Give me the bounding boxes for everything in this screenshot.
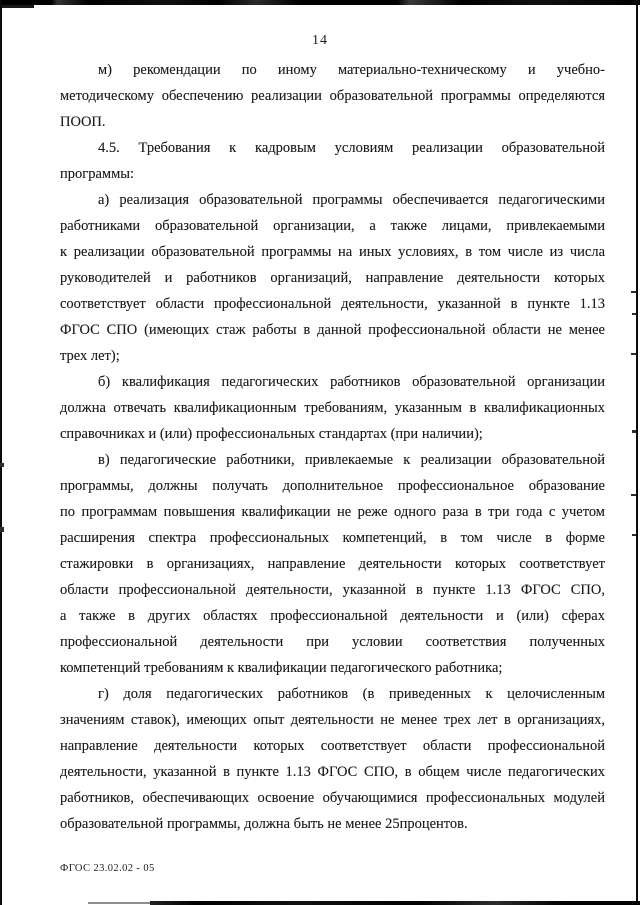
scan-edge-bottom — [150, 901, 640, 905]
scan-artifact — [631, 494, 636, 496]
text-line: стажировки в организациях, направление д… — [60, 551, 605, 577]
text-line: образовательной программы, должна быть н… — [60, 811, 605, 837]
scan-artifact — [631, 353, 636, 355]
text-line: б) квалификация педагогических работнико… — [60, 369, 605, 395]
text-line: программы, должны получать дополнительно… — [60, 473, 605, 499]
scan-artifact — [0, 527, 4, 532]
text-line: работниками образовательной организации,… — [60, 213, 605, 239]
text-body: м) рекомендации по иному материально-тех… — [60, 57, 605, 837]
text-line: ПООП. — [60, 109, 605, 135]
footer-document-code: ФГОС 23.02.02 - 05 — [60, 863, 155, 874]
text-line: соответствует области профессиональной д… — [60, 291, 605, 317]
text-line: по программам повышения квалификации не … — [60, 499, 605, 525]
text-line: 4.5. Требования к кадровым условиям реал… — [60, 135, 605, 161]
scan-edge-right — [636, 0, 638, 905]
text-line: справочниках и (или) профессиональных ст… — [60, 421, 605, 447]
text-line: компетенций требованиям к квалификации п… — [60, 655, 605, 681]
scan-artifact — [0, 5, 34, 8]
text-line: значениям ставок), имеющих опыт деятельн… — [60, 707, 605, 733]
text-line: г) доля педагогических работников (в при… — [60, 681, 605, 707]
scan-artifact — [632, 313, 636, 315]
scan-artifact — [0, 463, 4, 467]
page-number: 14 — [0, 33, 640, 49]
scan-artifact — [88, 902, 150, 904]
scan-edge-left — [0, 0, 2, 905]
text-line: расширения спектра профессиональных комп… — [60, 525, 605, 551]
scan-artifact — [631, 291, 636, 293]
text-line: области профессиональной деятельности, у… — [60, 577, 605, 603]
text-line: деятельности, указанной в пункте 1.13 ФГ… — [60, 759, 605, 785]
text-line: методическому обеспечению реализации обр… — [60, 83, 605, 109]
scan-artifact — [632, 430, 636, 433]
text-line: ФГОС СПО (имеющих стаж работы в данной п… — [60, 317, 605, 343]
text-line: направление деятельности которых соответ… — [60, 733, 605, 759]
text-line: программы: — [60, 161, 605, 187]
text-line: руководителей и работников организаций, … — [60, 265, 605, 291]
text-line: должна отвечать квалификационным требова… — [60, 395, 605, 421]
text-line: а также в других областях профессиональн… — [60, 603, 605, 629]
text-line: а) реализация образовательной программы … — [60, 187, 605, 213]
text-line: трех лет); — [60, 343, 605, 369]
scan-artifact — [632, 534, 636, 536]
text-line: в) педагогические работники, привлекаемы… — [60, 447, 605, 473]
document-page: 14 м) рекомендации по иному материально-… — [0, 0, 640, 905]
text-line: профессиональной деятельности при услови… — [60, 629, 605, 655]
text-line: работников, обеспечивающих освоение обуч… — [60, 785, 605, 811]
text-line: м) рекомендации по иному материально-тех… — [60, 57, 605, 83]
scan-edge-top — [0, 0, 640, 5]
text-line: к реализации образовательной программы н… — [60, 239, 605, 265]
